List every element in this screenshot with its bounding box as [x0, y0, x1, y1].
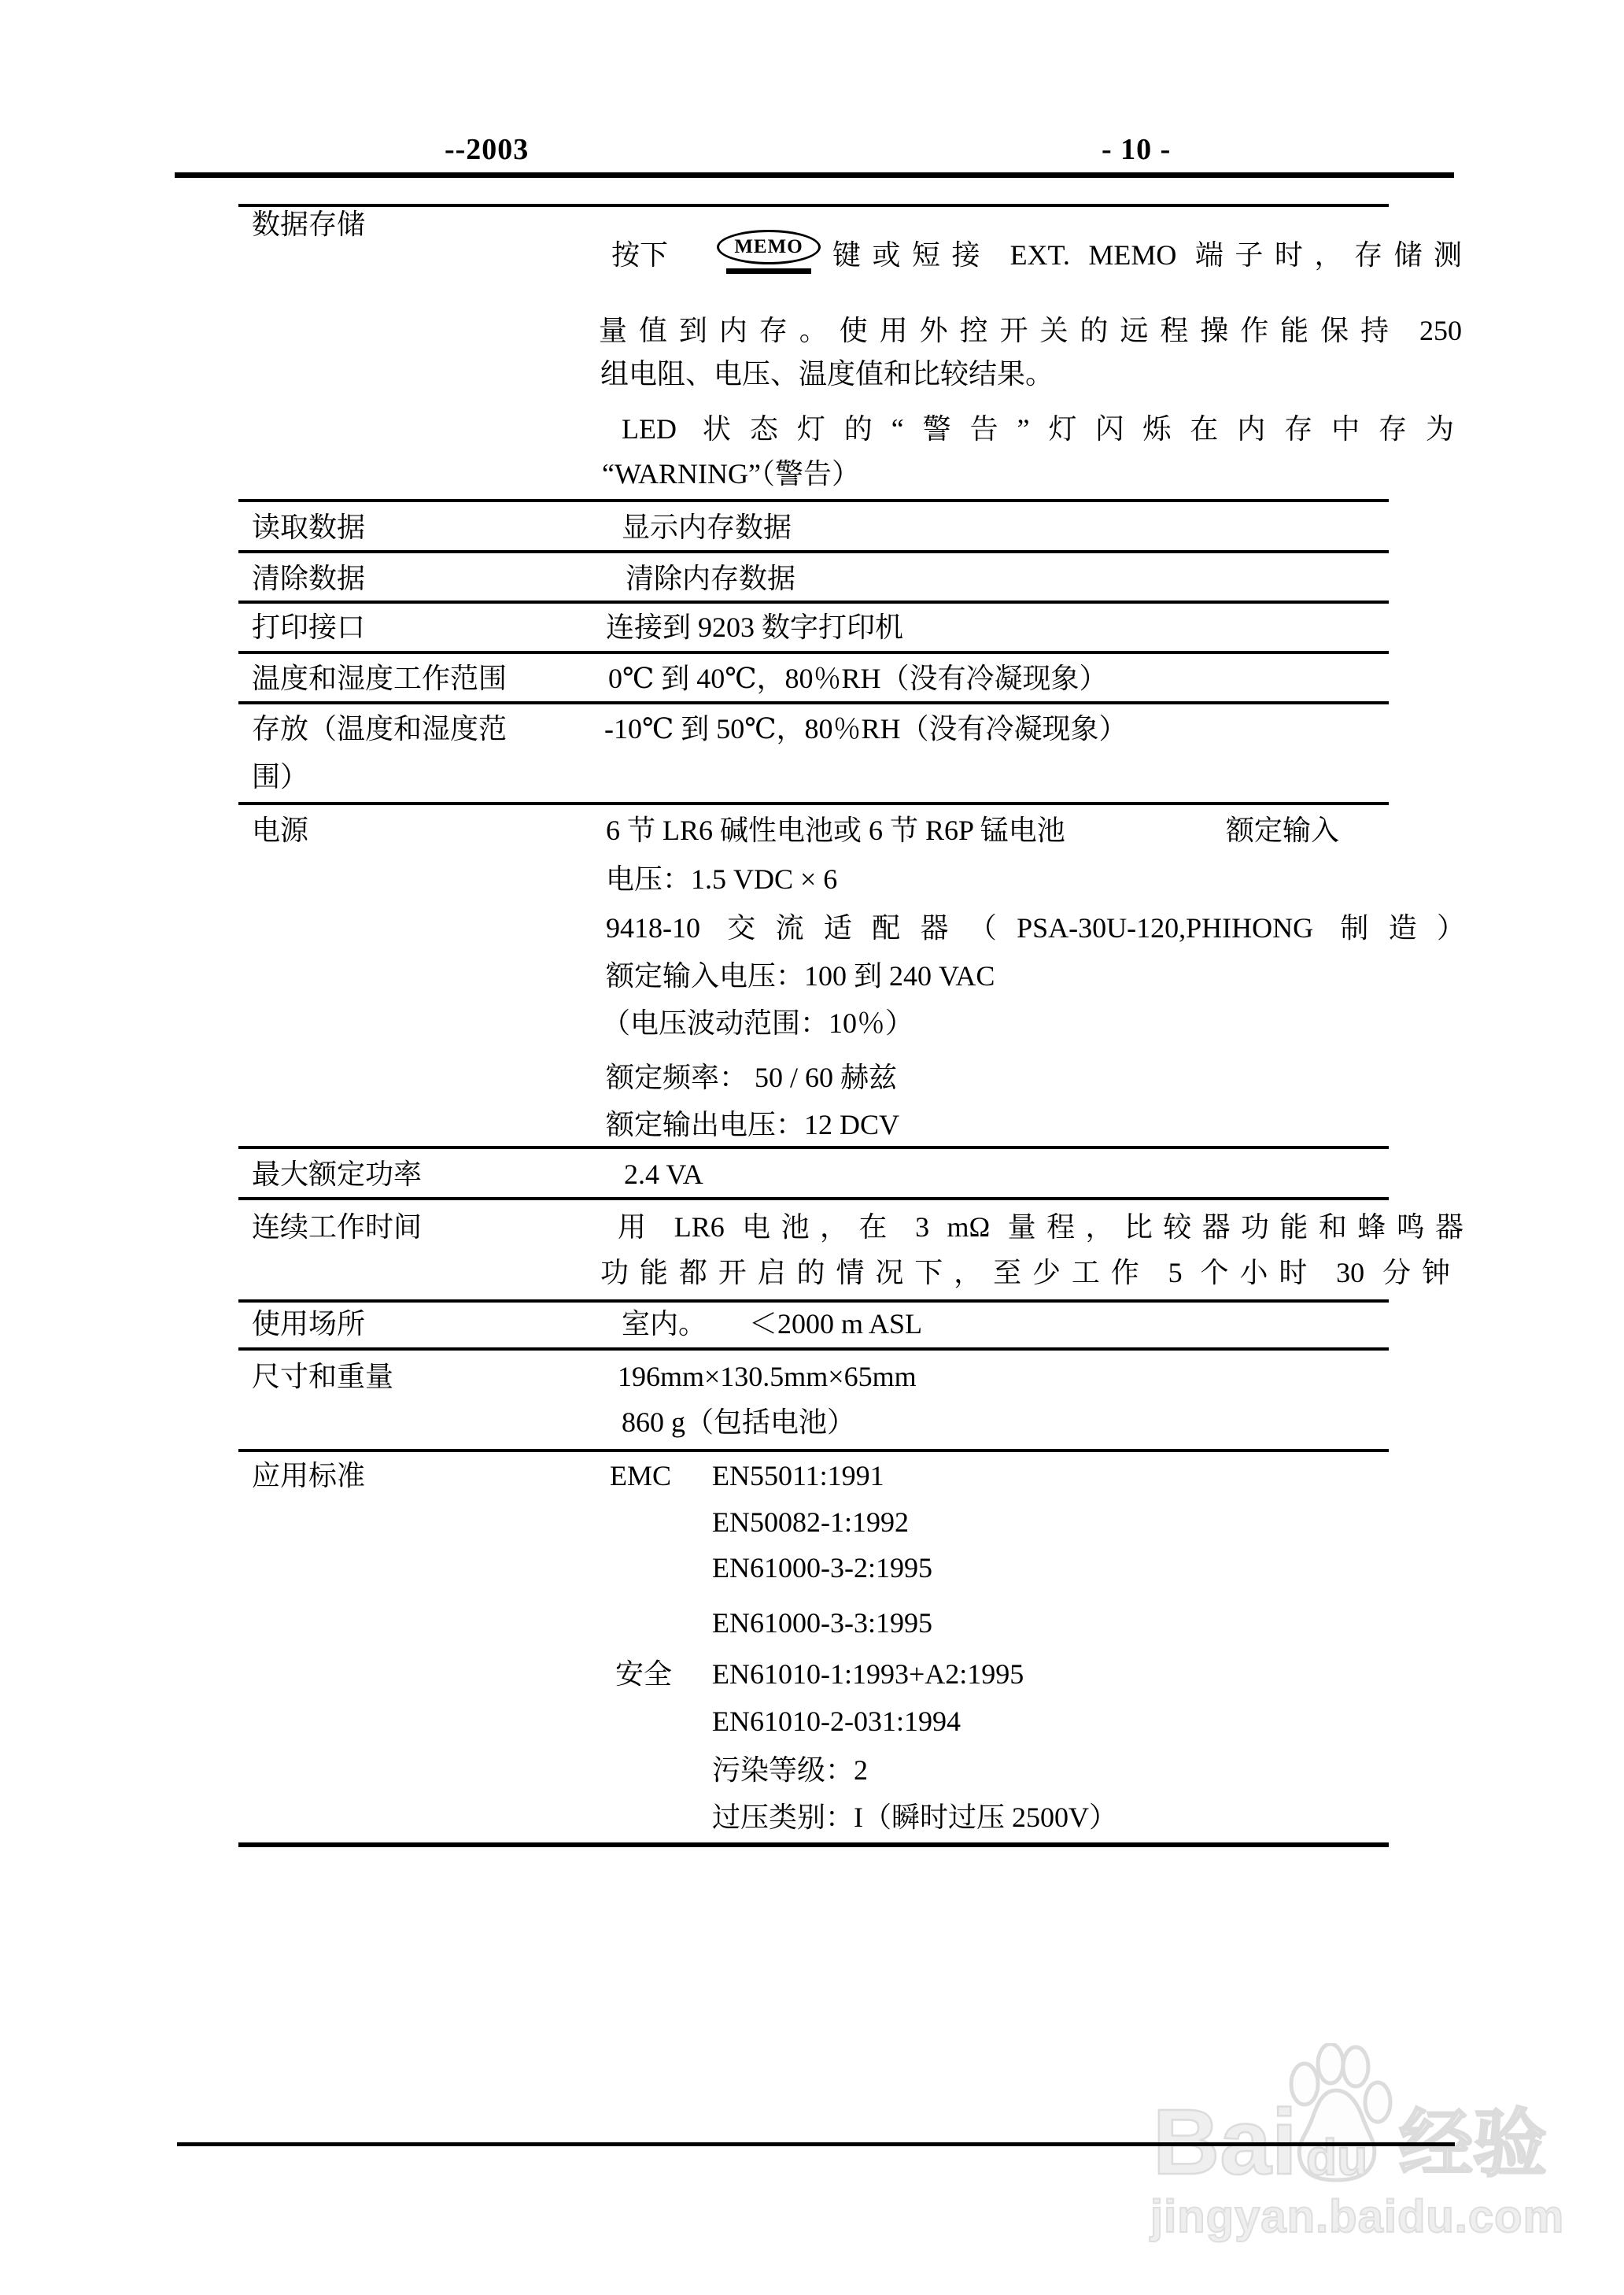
header-date: --2003 [445, 134, 529, 165]
table-divider [238, 701, 1389, 704]
standards-safety-1: EN61010-1:1993+A2:1995 [712, 1658, 1024, 1690]
memo-key-underline [726, 268, 811, 274]
row-label-applicable-standards: 应用标准 [252, 1460, 365, 1491]
standards-emc-4: EN61000-3-3:1995 [712, 1607, 932, 1639]
row-label-storage-temp-humidity-line1: 存放（温度和湿度范 [252, 713, 507, 745]
storage-temp-humidity-content: -10℃ 到 50℃，80％RH（没有冷凝现象） [604, 713, 1128, 745]
power-supply-rated-frequency: 额定频率： 50 / 60 赫兹 [606, 1062, 897, 1093]
table-divider [238, 601, 1389, 604]
row-label-printer-port: 打印接口 [252, 612, 365, 643]
power-supply-rated-input: 额定输入 [1226, 815, 1339, 846]
data-storage-line1-prefix: 按下 [611, 239, 668, 271]
row-label-power-supply: 电源 [252, 815, 308, 846]
baidu-watermark-du: du [1306, 2134, 1367, 2180]
power-supply-voltage-fluctuation: （电压波动范围：10％） [602, 1007, 913, 1039]
clear-data-content: 清除内存数据 [626, 563, 795, 594]
data-storage-line5: “WARNING”（警告） [602, 458, 860, 490]
document-page: --2003 - 10 - 数据存储 读取数据 清除数据 打印接口 温度和湿度工… [0, 0, 1624, 2295]
table-top-border [238, 204, 1389, 207]
header-rule [175, 172, 1454, 178]
row-label-continuous-operating-time: 连续工作时间 [252, 1211, 422, 1243]
row-label-read-data: 读取数据 [252, 512, 365, 543]
standards-safety-2: EN61010-2-031:1994 [712, 1706, 961, 1737]
standards-emc-3: EN61000-3-2:1995 [712, 1552, 932, 1584]
standards-emc-1: EN55011:1991 [712, 1460, 884, 1491]
standards-safety-label: 安全 [615, 1658, 672, 1690]
row-label-dimensions-weight: 尺寸和重量 [252, 1361, 393, 1392]
data-storage-line1-suffix: 键或短接 EXT. MEMO 端子时，存储测 [832, 239, 1462, 271]
table-divider [238, 550, 1389, 553]
table-divider [238, 651, 1389, 654]
printer-port-content: 连接到 9203 数字打印机 [606, 612, 903, 643]
memo-key-label: MEMO [734, 236, 803, 257]
table-divider [238, 1146, 1389, 1149]
operating-temp-humidity-content: 0℃ 到 40℃，80％RH（没有冷凝现象） [608, 663, 1108, 694]
operating-location-content: 室内。 ＜2000 m ASL [622, 1308, 922, 1340]
max-rated-power-content: 2.4 VA [624, 1159, 703, 1190]
standards-overvoltage-category: 过压类别：I（瞬时过压 2500V） [712, 1802, 1117, 1833]
read-data-content: 显示内存数据 [622, 512, 792, 543]
table-bottom-border [238, 1842, 1389, 1847]
table-divider [238, 1347, 1389, 1351]
table-divider [238, 1299, 1389, 1303]
row-label-storage-temp-humidity-line2: 围） [252, 761, 308, 793]
row-label-data-storage: 数据存储 [252, 209, 365, 240]
dimensions-content: 196mm×130.5mm×65mm [618, 1361, 917, 1392]
standards-emc-label: EMC [610, 1460, 671, 1491]
watermark-site-url: jingyan.baidu.com [1150, 2193, 1564, 2241]
weight-content: 860 g（包括电池） [622, 1406, 855, 1438]
memo-key-icon: MEMO [717, 230, 821, 264]
power-supply-rated-output-voltage: 额定输出电压：12 DCV [606, 1109, 899, 1140]
power-supply-batteries: 6 节 LR6 碱性电池或 6 节 R6P 锰电池 [606, 815, 1065, 846]
data-storage-line2: 量值到内存。使用外控开关的远程操作能保持 250 [599, 315, 1462, 346]
row-label-operating-location: 使用场所 [252, 1308, 365, 1340]
table-divider [238, 1197, 1389, 1200]
row-label-clear-data: 清除数据 [252, 563, 365, 594]
power-supply-rated-input-voltage: 额定输入电压：100 到 240 VAC [606, 960, 995, 992]
standards-pollution-degree: 污染等级：2 [712, 1754, 868, 1786]
header-page-number: - 10 - [1102, 134, 1171, 165]
table-divider [238, 499, 1389, 502]
row-label-max-rated-power: 最大额定功率 [252, 1159, 422, 1190]
table-divider [238, 802, 1389, 805]
data-storage-line3: 组电阻、电压、温度值和比较结果。 [600, 358, 1054, 390]
standards-emc-2: EN50082-1:1992 [712, 1506, 909, 1538]
power-supply-ac-adapter: 9418-10 交流适配器（PSA-30U-120,PHIHONG 制造） [606, 912, 1465, 944]
data-storage-line4: LED 状态灯的“警告”灯闪烁在内存中存为 [622, 413, 1454, 445]
continuous-time-line1: 用 LR6 电池，在 3 mΩ 量程，比较器功能和蜂鸣器 [618, 1211, 1463, 1243]
power-supply-voltage: 电压：1.5 VDC × 6 [606, 863, 837, 895]
table-divider [238, 1449, 1389, 1452]
continuous-time-line2: 功能都开启的情况下，至少工作 5 个小时 30 分钟 [600, 1257, 1450, 1288]
footer-rule [177, 2142, 1455, 2146]
row-label-operating-temp-humidity: 温度和湿度工作范围 [252, 663, 507, 694]
